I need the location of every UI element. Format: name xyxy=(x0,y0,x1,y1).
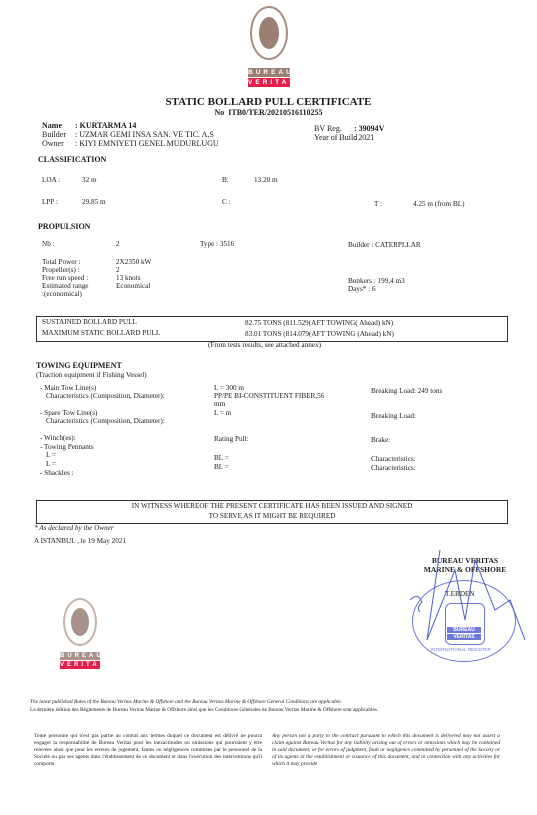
loa-label: LOA : xyxy=(42,176,60,184)
rating-pull: Rating Pull: xyxy=(214,435,249,443)
name-value: : KURTARMA 14 xyxy=(75,121,136,130)
declared-note: * As declared by the Owner xyxy=(34,524,114,532)
rules-french: La dernière édition des Règlements de Bu… xyxy=(30,707,378,713)
seal-icon-bottom xyxy=(63,598,97,646)
main-composition: PP/PE BI-CONSTITUENT FIBER,56 xyxy=(214,392,324,400)
nb-value: 2 xyxy=(116,240,120,248)
year-value: : 2021 xyxy=(354,133,374,142)
bv-reg-value: : 39094V xyxy=(354,124,384,133)
engine-builder: Builder : CATERPLLAR xyxy=(348,241,421,249)
b-value: 13.20 m xyxy=(254,176,278,184)
sustained-value: 82.75 TONS (811.529(AFT TOWING( Ahead) k… xyxy=(245,319,393,327)
shackles-label: - Shackles : xyxy=(40,469,74,477)
certificate-number: No ITB0/TER/20210516110255 xyxy=(0,108,537,117)
builder-label: Builder xyxy=(42,130,66,139)
logo-band-veritas-bottom: VERITAS xyxy=(60,661,100,669)
page-title: STATIC BOLLARD PULL CERTIFICATE xyxy=(0,96,537,108)
pennant-1-length: L = xyxy=(46,451,56,459)
main-length: L = 300 m xyxy=(214,384,244,392)
main-line-label: - Main Tow Line(s) xyxy=(40,384,96,392)
power-value: 2X2350 kW xyxy=(116,258,151,266)
logo-band-bureau-bottom: BUREAU xyxy=(60,652,100,660)
max-label: MAXIMUM STATIC BOLLARD PULL xyxy=(42,329,160,337)
max-value: 83.01 TONS (814.079(AFT TOWING (Ahead) k… xyxy=(245,330,394,338)
brake: Brake: xyxy=(371,436,390,444)
pennants-label: - Towing Pennants xyxy=(40,443,94,451)
seal-icon xyxy=(250,6,288,60)
sustained-label: SUSTAINED BOLLARD PULL xyxy=(42,318,137,326)
speed-label: Free run speed : xyxy=(42,274,88,282)
propulsion-heading: PROPULSION xyxy=(38,222,90,231)
pennant-2-bl: BL = xyxy=(214,463,229,471)
pennant-1-bl: BL = xyxy=(214,454,229,462)
range-label-cont: :(economical) xyxy=(42,290,82,298)
pennant-1-chars: Characteristics: xyxy=(371,455,416,463)
c-label: C : xyxy=(222,198,231,206)
classification-heading: CLASSIFICATION xyxy=(38,155,106,164)
nb-label: Nb : xyxy=(42,240,55,248)
t-label: T : xyxy=(374,200,382,208)
name-label: Name xyxy=(42,121,62,130)
spare-breaking-load: Breaking Load: xyxy=(371,412,416,420)
b-label: B: xyxy=(222,176,229,184)
loa-value: 32 m xyxy=(82,176,97,184)
witness-line-2: TO SERVE AS IT MIGHT BE REQUIRED xyxy=(36,512,508,520)
lpp-label: LPP : xyxy=(42,198,58,206)
disclaimer-english: Any person not a party to the contract p… xyxy=(272,733,500,768)
bunkers: Bunkers : 199,4 m3 xyxy=(348,277,405,285)
spare-length: L = m xyxy=(214,409,231,417)
days: Days* : 6 xyxy=(348,285,376,293)
main-composition-cont: mm xyxy=(214,400,225,408)
spare-chars-label: Characteristics (Composition, Diameter): xyxy=(46,417,165,425)
rules-english: The latest published Rules of the Bureau… xyxy=(30,699,342,705)
owner-value: : KIYI EMNIYETI GENEL MUDURLUGU xyxy=(75,139,219,148)
handwritten-signature-icon xyxy=(395,540,535,670)
power-label: Total Power : xyxy=(42,258,81,266)
engine-type: Type : 3516 xyxy=(200,240,234,248)
number-label: No xyxy=(214,108,224,117)
lpp-value: 29.85 m xyxy=(82,198,106,206)
bureau-veritas-logo-bottom: BUREAU VERITAS xyxy=(60,598,100,669)
owner-label: Owner xyxy=(42,139,64,148)
number-value: ITB0/TER/20210516110255 xyxy=(228,108,322,117)
main-breaking-load: Breaking Load: 249 tons xyxy=(371,387,442,395)
year-label: Year of Build xyxy=(314,133,357,142)
builder-value: : UZMAR GEMI INSA SAN. VE TIC. A.S xyxy=(75,130,214,139)
witness-line-1: IN WITNESS WHEREOF THE PRESENT CERTIFICA… xyxy=(36,502,508,510)
logo-band-bureau: BUREAU xyxy=(248,68,290,77)
bv-reg-label: BV Reg. xyxy=(314,124,342,133)
t-value: 4.25 m (from BL) xyxy=(413,200,465,208)
main-chars-label: Characteristics (Composition, Diameter): xyxy=(46,392,165,400)
range-label: Estimated range xyxy=(42,282,89,290)
pennant-2-chars: Characteristics: xyxy=(371,464,416,472)
disclaimer-french: Toute personne qui n'est pas partie au c… xyxy=(34,733,262,768)
bollard-note: (From tests results, see attached annex) xyxy=(208,341,321,349)
bureau-veritas-logo: BUREAU VERITAS xyxy=(248,6,290,87)
logo-band-veritas: VERITAS xyxy=(248,78,290,87)
propellers-value: 2 xyxy=(116,266,120,274)
propellers-label: Propeller(s) : xyxy=(42,266,80,274)
spare-line-label: - Spare Tow Line(s) xyxy=(40,409,97,417)
place-date: A ISTANBUL , le 19 May 2021 xyxy=(34,537,126,545)
towing-subheading: (Traction equipment if Fishing Vessel) xyxy=(36,371,147,379)
pennant-2-length: L = xyxy=(46,460,56,468)
range-value: Economical xyxy=(116,282,150,290)
speed-value: 13 knots xyxy=(116,274,141,282)
towing-heading: TOWING EQUIPMENT xyxy=(36,361,122,370)
winch-label: - Winch(es): xyxy=(40,434,76,442)
